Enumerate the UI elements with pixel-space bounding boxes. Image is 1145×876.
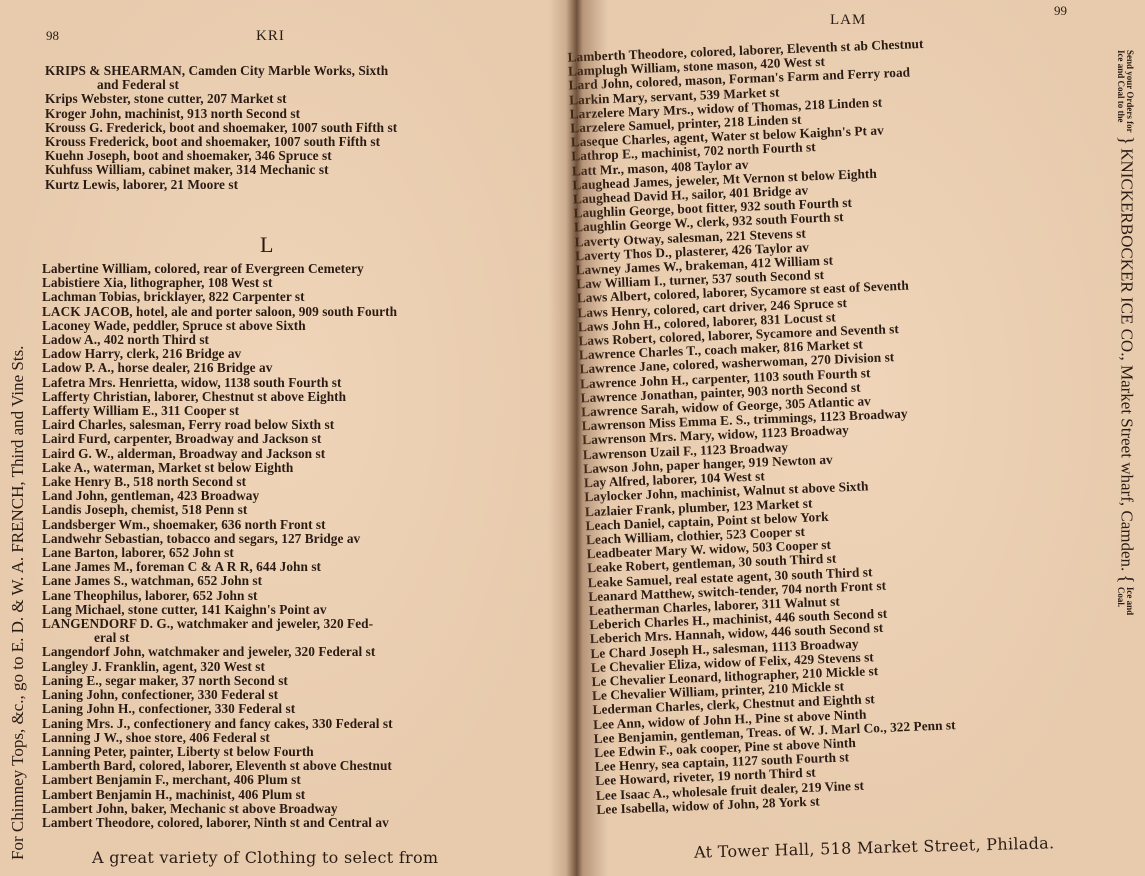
running-head-left: KRI bbox=[256, 28, 285, 45]
entry-text: Kroger John, machinist, 913 north Second… bbox=[45, 106, 300, 121]
entry-text: LACK JACOB, hotel, ale and porter saloon… bbox=[42, 304, 397, 319]
entry-text: Labistiere Xia, lithographer, 108 West s… bbox=[42, 275, 272, 290]
left-page: 98 KRI KRIPS & SHEARMAN, Camden City Mar… bbox=[0, 0, 572, 876]
directory-entry: Ladow P. A., horse dealer, 216 Bridge av bbox=[42, 361, 397, 375]
entry-text: Krouss G. Frederick, boot and shoemaker,… bbox=[45, 120, 397, 135]
directory-entry: LACK JACOB, hotel, ale and porter saloon… bbox=[42, 305, 397, 319]
page-number-right: 99 bbox=[1054, 3, 1067, 19]
entry-text: LANGENDORF D. G., watchmaker and jeweler… bbox=[42, 616, 373, 631]
entry-text: Lanning Peter, painter, Liberty st below… bbox=[42, 744, 314, 759]
entry-text: Lake Henry B., 518 north Second st bbox=[42, 474, 246, 489]
directory-entry: Krips Webster, stone cutter, 207 Market … bbox=[45, 92, 397, 106]
side-advert-lead: Send your Orders for Ice and Coal to the bbox=[1117, 50, 1135, 133]
entry-text: KRIPS & SHEARMAN, Camden City Marble Wor… bbox=[45, 63, 388, 78]
entry-text: Krouss Frederick, boot and shoemaker, 10… bbox=[45, 134, 380, 149]
entry-text: Laning John, confectioner, 330 Federal s… bbox=[42, 687, 278, 702]
entry-text: Lane James M., foreman C & A R R, 644 Jo… bbox=[42, 559, 321, 574]
entry-text: Lambert Benjamin H., machinist, 406 Plum… bbox=[42, 787, 305, 802]
entry-text: Kuhfuss William, cabinet maker, 314 Mech… bbox=[45, 162, 329, 177]
directory-entry: Labistiere Xia, lithographer, 108 West s… bbox=[42, 276, 397, 290]
directory-entry: Laird Charles, salesman, Ferry road belo… bbox=[42, 418, 397, 432]
entry-text: Lachman Tobias, bricklayer, 822 Carpente… bbox=[42, 289, 305, 304]
entry-text: Lane Theophilus, laborer, 652 John st bbox=[42, 588, 258, 603]
directory-entry: Landis Joseph, chemist, 518 Penn st bbox=[42, 503, 397, 517]
entry-list-l: Labertine William, colored, rear of Ever… bbox=[42, 262, 397, 830]
directory-entry: Lane Barton, laborer, 652 John st bbox=[42, 546, 397, 560]
directory-entry: Landsberger Wm., shoemaker, 636 north Fr… bbox=[42, 518, 397, 532]
directory-entry: Lang Michael, stone cutter, 141 Kaighn's… bbox=[42, 603, 397, 617]
directory-entry: Land John, gentleman, 423 Broadway bbox=[42, 489, 397, 503]
entry-text: Lafferty William E., 311 Cooper st bbox=[42, 403, 239, 418]
directory-entry: Ladow Harry, clerk, 216 Bridge av bbox=[42, 347, 397, 361]
side-advert-main: KNICKERBOCKER ICE CO., Market Street wha… bbox=[1118, 148, 1137, 571]
directory-entry: Krouss Frederick, boot and shoemaker, 10… bbox=[45, 135, 397, 149]
entry-text: Lanning J W., shoe store, 406 Federal st bbox=[42, 730, 270, 745]
directory-entry: Laconey Wade, peddler, Spruce st above S… bbox=[42, 319, 397, 333]
directory-entry: Lane James M., foreman C & A R R, 644 Jo… bbox=[42, 560, 397, 574]
directory-entry: Labertine William, colored, rear of Ever… bbox=[42, 262, 397, 276]
directory-entry: Lambert Benjamin H., machinist, 406 Plum… bbox=[42, 788, 397, 802]
entry-text: Landis Joseph, chemist, 518 Penn st bbox=[42, 502, 247, 517]
directory-entry: Lake A., waterman, Market st below Eight… bbox=[42, 461, 397, 475]
directory-entry: Laning Mrs. J., confectionery and fancy … bbox=[42, 717, 397, 731]
entry-continuation: eral st bbox=[42, 631, 397, 645]
entry-text: Kuehn Joseph, boot and shoemaker, 346 Sp… bbox=[45, 148, 332, 163]
entry-text: Ladow Harry, clerk, 216 Bridge av bbox=[42, 346, 241, 361]
directory-entry: Laird Furd, carpenter, Broadway and Jack… bbox=[42, 432, 397, 446]
directory-entry: Kuehn Joseph, boot and shoemaker, 346 Sp… bbox=[45, 149, 397, 163]
entry-text: Laconey Wade, peddler, Spruce st above S… bbox=[42, 318, 306, 333]
entry-text: Laird G. W., alderman, Broadway and Jack… bbox=[42, 446, 325, 461]
entry-text: Lambert John, baker, Mechanic st above B… bbox=[42, 801, 338, 816]
entry-text: Krips Webster, stone cutter, 207 Market … bbox=[45, 91, 287, 106]
directory-entry: Lanning Peter, painter, Liberty st below… bbox=[42, 745, 397, 759]
entry-text: Landsberger Wm., shoemaker, 636 north Fr… bbox=[42, 517, 326, 532]
page-number-left: 98 bbox=[46, 28, 59, 44]
right-entries-block: Lamberth Theodore, colored, laborer, Ele… bbox=[567, 31, 1117, 850]
entry-continuation: and Federal st bbox=[45, 78, 397, 92]
brace-icon: } bbox=[1115, 136, 1137, 146]
directory-entry: Laning John, confectioner, 330 Federal s… bbox=[42, 688, 397, 702]
entry-text: Lake A., waterman, Market st below Eight… bbox=[42, 460, 293, 475]
entry-text: Lafferty Christian, laborer, Chestnut st… bbox=[42, 389, 346, 404]
directory-entry: Lake Henry B., 518 north Second st bbox=[42, 475, 397, 489]
side-advert-left: For Chimney Tops, &c., go to E. D. & W. … bbox=[8, 346, 28, 860]
entry-text: Laning E., segar maker, 37 north Second … bbox=[42, 673, 288, 688]
directory-entry: Lane James S., watchman, 652 John st bbox=[42, 574, 397, 588]
entry-text: Ladow P. A., horse dealer, 216 Bridge av bbox=[42, 360, 272, 375]
directory-entry: Lambert Theodore, colored, laborer, Nint… bbox=[42, 816, 397, 830]
entry-text: Lambert Theodore, colored, laborer, Nint… bbox=[42, 815, 389, 830]
directory-entry: Laning John H., confectioner, 330 Federa… bbox=[42, 702, 397, 716]
side-advert-right: Send your Orders for Ice and Coal to the… bbox=[1114, 50, 1137, 615]
directory-entry: Kurtz Lewis, laborer, 21 Moore st bbox=[45, 178, 397, 192]
directory-entry: Kroger John, machinist, 913 north Second… bbox=[45, 107, 397, 121]
directory-entry: Lanning J W., shoe store, 406 Federal st bbox=[42, 731, 397, 745]
entry-list-lam: Lamberth Theodore, colored, laborer, Ele… bbox=[567, 37, 958, 817]
entry-text: Lambert Benjamin F., merchant, 406 Plum … bbox=[42, 772, 301, 787]
entry-text: Laird Furd, carpenter, Broadway and Jack… bbox=[42, 431, 321, 446]
entry-text: Land John, gentleman, 423 Broadway bbox=[42, 488, 259, 503]
directory-entry: Ladow A., 402 north Third st bbox=[42, 333, 397, 347]
side-advert-tail: Ice and Coal. bbox=[1117, 587, 1135, 615]
entry-text: Langendorf John, watchmaker and jeweler,… bbox=[42, 644, 375, 659]
directory-entry: Lambert Benjamin F., merchant, 406 Plum … bbox=[42, 773, 397, 787]
directory-entry: LANGENDORF D. G., watchmaker and jeweler… bbox=[42, 617, 397, 645]
entry-text: Labertine William, colored, rear of Ever… bbox=[42, 261, 364, 276]
entry-text: Lafetra Mrs. Henrietta, widow, 1138 sout… bbox=[42, 375, 342, 390]
section-letter: L bbox=[260, 232, 273, 258]
directory-entry: Kuhfuss William, cabinet maker, 314 Mech… bbox=[45, 163, 397, 177]
directory-entry: Laird G. W., alderman, Broadway and Jack… bbox=[42, 447, 397, 461]
entry-text: Laning Mrs. J., confectionery and fancy … bbox=[42, 716, 393, 731]
directory-entry: Lachman Tobias, bricklayer, 822 Carpente… bbox=[42, 290, 397, 304]
directory-entry: Lambert John, baker, Mechanic st above B… bbox=[42, 802, 397, 816]
entry-text: Laird Charles, salesman, Ferry road belo… bbox=[42, 417, 334, 432]
running-head-right: LAM bbox=[830, 12, 866, 29]
entry-text: Landwehr Sebastian, tobacco and segars, … bbox=[42, 531, 360, 546]
directory-entry: Lafetra Mrs. Henrietta, widow, 1138 sout… bbox=[42, 376, 397, 390]
directory-spread: 98 KRI KRIPS & SHEARMAN, Camden City Mar… bbox=[0, 0, 1145, 876]
directory-entry: Landwehr Sebastian, tobacco and segars, … bbox=[42, 532, 397, 546]
entry-text: Langley J. Franklin, agent, 320 West st bbox=[42, 659, 265, 674]
directory-entry: KRIPS & SHEARMAN, Camden City Marble Wor… bbox=[45, 64, 397, 92]
entry-text: Kurtz Lewis, laborer, 21 Moore st bbox=[45, 177, 238, 192]
entry-text: Lane James S., watchman, 652 John st bbox=[42, 573, 262, 588]
directory-entry: Lafferty Christian, laborer, Chestnut st… bbox=[42, 390, 397, 404]
directory-entry: Lamberth Bard, colored, laborer, Elevent… bbox=[42, 759, 397, 773]
entry-text: Lane Barton, laborer, 652 John st bbox=[42, 545, 234, 560]
directory-entry: Lane Theophilus, laborer, 652 John st bbox=[42, 589, 397, 603]
entry-list-k: KRIPS & SHEARMAN, Camden City Marble Wor… bbox=[45, 64, 397, 192]
directory-entry: Krouss G. Frederick, boot and shoemaker,… bbox=[45, 121, 397, 135]
directory-entry: Lafferty William E., 311 Cooper st bbox=[42, 404, 397, 418]
directory-entry: Langley J. Franklin, agent, 320 West st bbox=[42, 660, 397, 674]
entry-text: Ladow A., 402 north Third st bbox=[42, 332, 209, 347]
directory-entry: Langendorf John, watchmaker and jeweler,… bbox=[42, 645, 397, 659]
right-page: LAM 99 Lamberth Theodore, colored, labor… bbox=[572, 0, 1145, 876]
entry-text: Lang Michael, stone cutter, 141 Kaighn's… bbox=[42, 602, 327, 617]
footer-advert-left: A great variety of Clothing to select fr… bbox=[92, 848, 438, 867]
entry-text: Lamberth Bard, colored, laborer, Elevent… bbox=[42, 758, 392, 773]
entry-text: Laning John H., confectioner, 330 Federa… bbox=[42, 701, 295, 716]
directory-entry: Laning E., segar maker, 37 north Second … bbox=[42, 674, 397, 688]
brace-icon: { bbox=[1115, 574, 1137, 584]
